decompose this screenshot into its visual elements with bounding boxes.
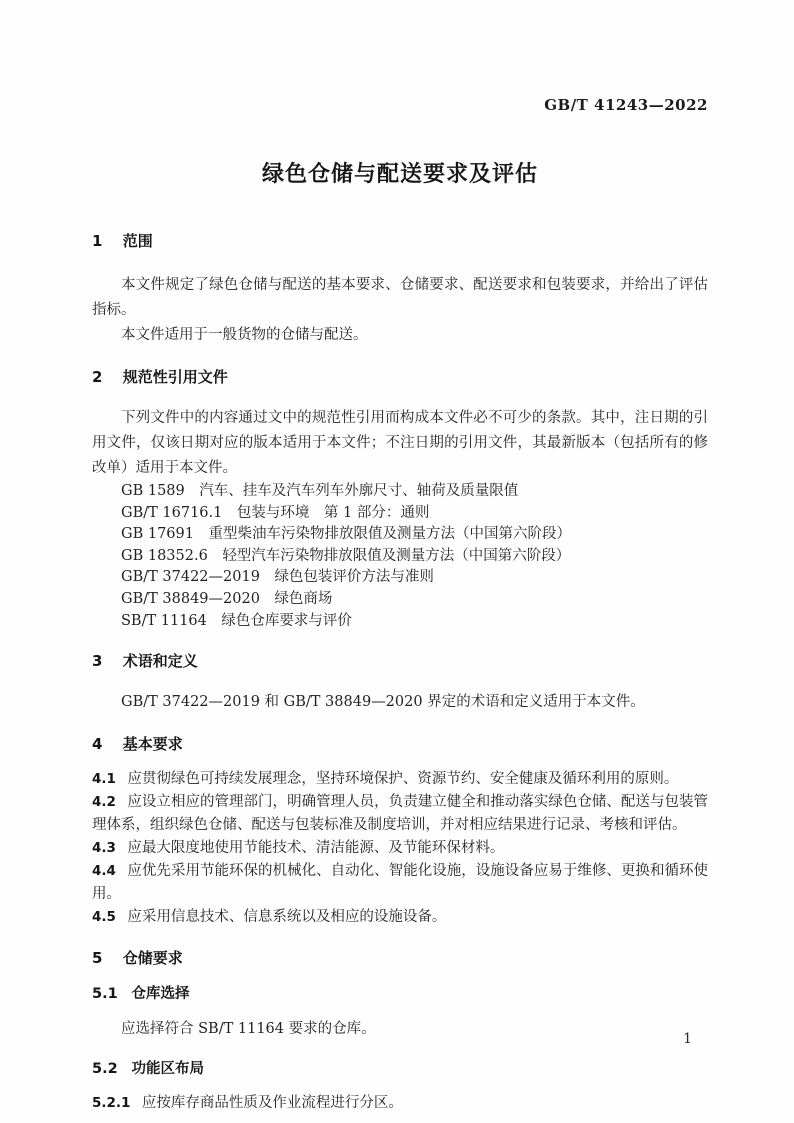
clause-text: 应设立相应的管理部门，明确管理人员，负责建立健全和推动落实绿色仓储、配送与包装管… bbox=[92, 794, 708, 833]
reference-code: SB/T 11164 bbox=[121, 613, 207, 629]
section-1-paragraph-2: 本文件适用于一般货物的仓储与配送。 bbox=[92, 323, 708, 348]
section-1-title: 范围 bbox=[123, 232, 153, 250]
reference-item: GB/T 37422—2019绿色包装评价方法与准则 bbox=[92, 567, 708, 589]
clause-number: 4.2 bbox=[92, 794, 116, 810]
standard-number: GB/T 41243—2022 bbox=[92, 97, 708, 113]
reference-item: GB 1589汽车、挂车及汽车列车外廓尺寸、轴荷及质量限值 bbox=[92, 481, 708, 503]
clause-number: 4.1 bbox=[92, 771, 116, 787]
section-5-1-paragraph: 应选择符合 SB/T 11164 要求的仓库。 bbox=[92, 1017, 708, 1042]
document-page: GB/T 41243—2022 绿色仓储与配送要求及评估 1范围 本文件规定了绿… bbox=[0, 0, 794, 1123]
clause-text: 应按库存商品性质及作业流程进行分区。 bbox=[142, 1095, 403, 1111]
reference-code: GB/T 37422—2019 bbox=[121, 569, 260, 585]
clause-4-3: 4.3应最大限度地使用节能技术、清洁能源、及节能环保材料。 bbox=[92, 837, 708, 860]
section-5-heading: 5仓储要求 bbox=[92, 950, 708, 967]
reference-code: GB/T 38849—2020 bbox=[121, 591, 260, 607]
section-3-paragraph: GB/T 37422—2019 和 GB/T 38849—2020 界定的术语和… bbox=[92, 690, 708, 715]
section-4-number: 4 bbox=[92, 735, 102, 753]
reference-title: 包装与环境 第 1 部分：通则 bbox=[237, 505, 429, 521]
section-2-heading: 2规范性引用文件 bbox=[92, 369, 708, 386]
reference-title: 汽车、挂车及汽车列车外廓尺寸、轴荷及质量限值 bbox=[199, 483, 518, 499]
reference-title: 重型柴油车污染物排放限值及测量方法（中国第六阶段） bbox=[208, 526, 571, 542]
page-content: GB/T 41243—2022 绿色仓储与配送要求及评估 1范围 本文件规定了绿… bbox=[92, 0, 708, 1115]
clause-text: 应最大限度地使用节能技术、清洁能源、及节能环保材料。 bbox=[127, 840, 504, 856]
clause-number: 4.5 bbox=[92, 909, 116, 925]
reference-item: GB 17691重型柴油车污染物排放限值及测量方法（中国第六阶段） bbox=[92, 524, 708, 546]
reference-title: 绿色仓库要求与评价 bbox=[221, 613, 352, 629]
reference-item: SB/T 11164绿色仓库要求与评价 bbox=[92, 611, 708, 633]
section-5-1-title: 仓库选择 bbox=[131, 986, 189, 1002]
reference-title: 轻型汽车污染物排放限值及测量方法（中国第六阶段） bbox=[222, 548, 570, 564]
reference-title: 绿色包装评价方法与准则 bbox=[274, 569, 434, 585]
section-3-heading: 3术语和定义 bbox=[92, 653, 708, 670]
section-1-heading: 1范围 bbox=[92, 233, 708, 250]
clause-number: 4.3 bbox=[92, 840, 116, 856]
clause-number: 4.4 bbox=[92, 863, 116, 879]
section-3-number: 3 bbox=[92, 652, 102, 670]
document-title: 绿色仓储与配送要求及评估 bbox=[92, 160, 708, 190]
clause-4-4: 4.4应优先采用节能环保的机械化、自动化、智能化设施，设施设备应易于维修、更换和… bbox=[92, 860, 708, 906]
page-number: 1 bbox=[683, 1031, 692, 1047]
section-5-number: 5 bbox=[92, 949, 102, 967]
clause-4-2: 4.2应设立相应的管理部门，明确管理人员，负责建立健全和推动落实绿色仓储、配送与… bbox=[92, 791, 708, 837]
clause-text: 应优先采用节能环保的机械化、自动化、智能化设施，设施设备应易于维修、更换和循环使… bbox=[92, 863, 708, 902]
section-2-title: 规范性引用文件 bbox=[123, 368, 228, 386]
section-4-title: 基本要求 bbox=[123, 735, 183, 753]
reference-code: GB/T 16716.1 bbox=[121, 505, 222, 521]
clause-4-5: 4.5应采用信息技术、信息系统以及相应的设施设备。 bbox=[92, 906, 708, 929]
section-2-intro: 下列文件中的内容通过文中的规范性引用而构成本文件必不可少的条款。其中，注日期的引… bbox=[92, 406, 708, 481]
section-5-title: 仓储要求 bbox=[123, 949, 183, 967]
clause-4-1: 4.1应贯彻绿色可持续发展理念，坚持环境保护、资源节约、安全健康及循环利用的原则… bbox=[92, 768, 708, 791]
section-2-number: 2 bbox=[92, 368, 102, 386]
section-4-heading: 4基本要求 bbox=[92, 736, 708, 753]
reference-title: 绿色商场 bbox=[274, 591, 332, 607]
reference-code: GB 1589 bbox=[121, 483, 185, 499]
section-5-1-number: 5.1 bbox=[92, 986, 118, 1002]
section-1-number: 1 bbox=[92, 232, 102, 250]
clause-number: 5.2.1 bbox=[92, 1095, 130, 1111]
clause-5-2-1: 5.2.1应按库存商品性质及作业流程进行分区。 bbox=[92, 1092, 708, 1115]
section-5-2-number: 5.2 bbox=[92, 1061, 118, 1077]
reference-item: GB/T 38849—2020绿色商场 bbox=[92, 589, 708, 611]
section-3-title: 术语和定义 bbox=[123, 652, 198, 670]
reference-item: GB/T 16716.1包装与环境 第 1 部分：通则 bbox=[92, 503, 708, 525]
clause-text: 应采用信息技术、信息系统以及相应的设施设备。 bbox=[127, 909, 446, 925]
reference-code: GB 18352.6 bbox=[121, 548, 208, 564]
section-5-1-heading: 5.1仓库选择 bbox=[92, 986, 708, 1003]
section-1-paragraph-1: 本文件规定了绿色仓储与配送的基本要求、仓储要求、配送要求和包装要求，并给出了评估… bbox=[92, 273, 708, 323]
reference-item: GB 18352.6轻型汽车污染物排放限值及测量方法（中国第六阶段） bbox=[92, 546, 708, 568]
section-5-2-title: 功能区布局 bbox=[131, 1061, 204, 1077]
reference-code: GB 17691 bbox=[121, 526, 194, 542]
clause-text: 应贯彻绿色可持续发展理念，坚持环境保护、资源节约、安全健康及循环利用的原则。 bbox=[127, 771, 678, 787]
section-5-2-heading: 5.2功能区布局 bbox=[92, 1061, 708, 1078]
